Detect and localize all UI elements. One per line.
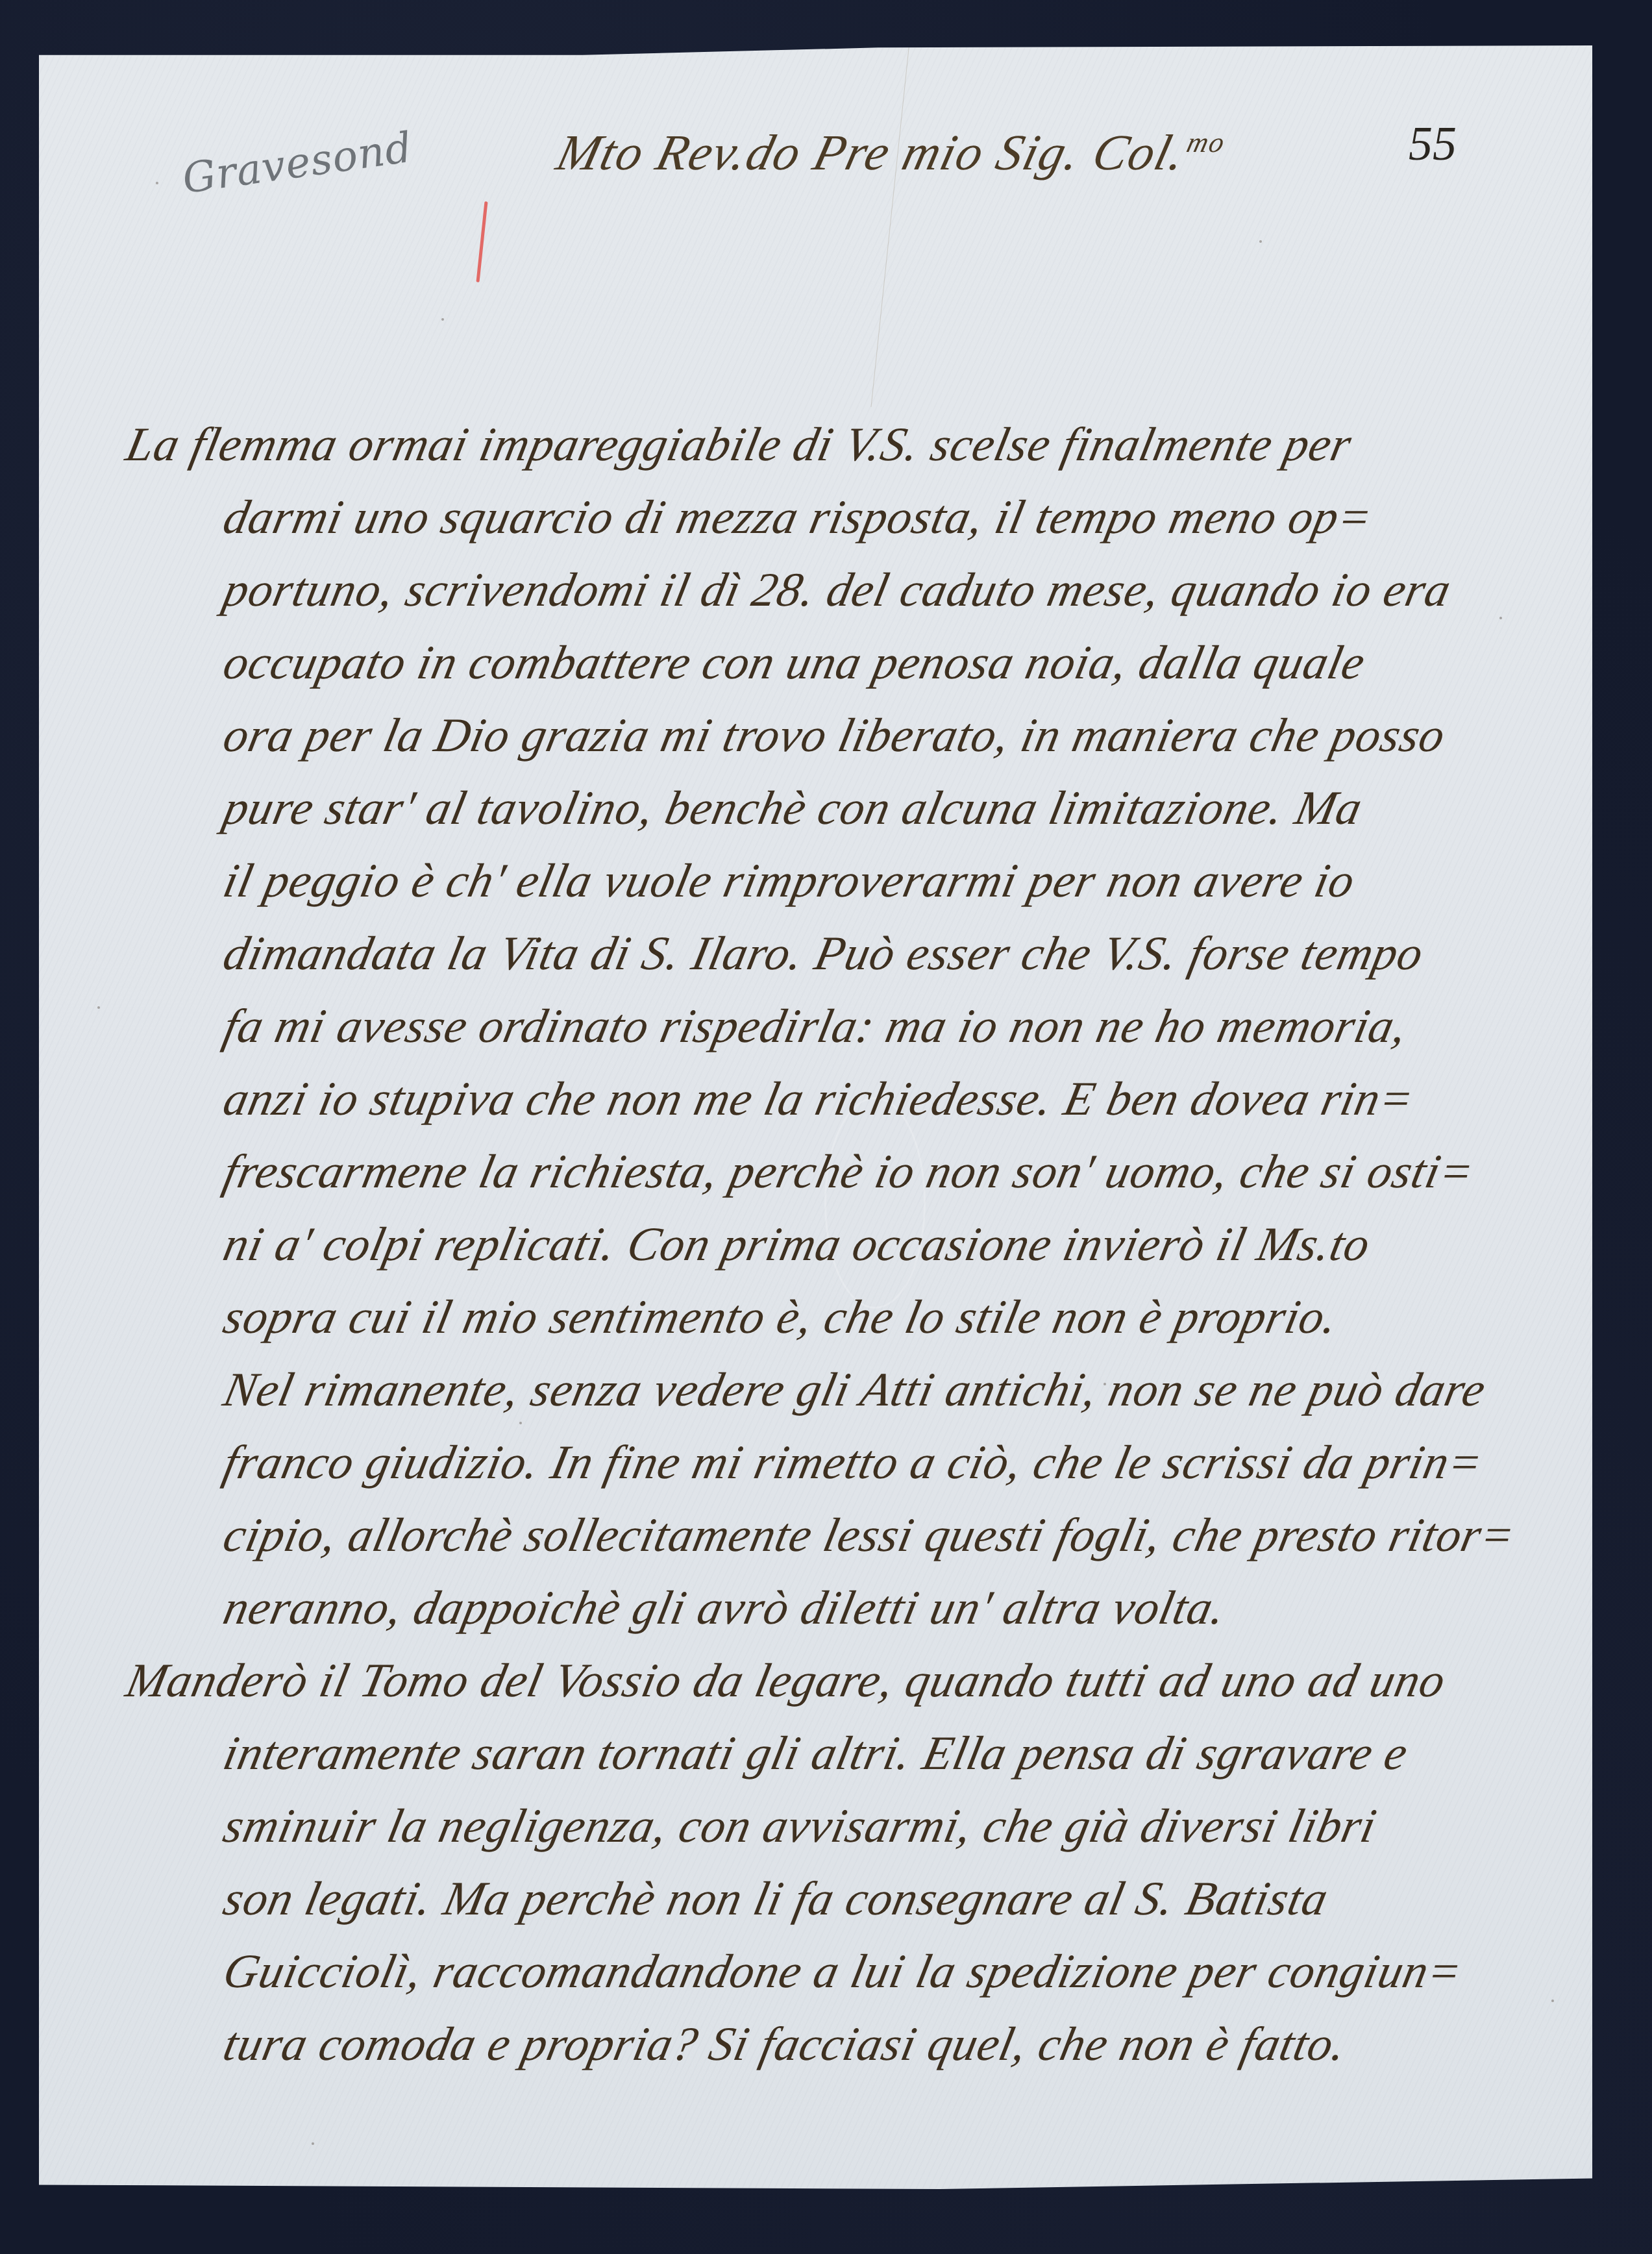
letter-line: fa mi avesse ordinato rispedirla: ma io … <box>122 978 1631 1050</box>
letter-line: pure star' al tavolino, benchè con alcun… <box>122 760 1631 832</box>
letter-line: franco giudizio. In fine mi rimetto a ci… <box>122 1414 1631 1487</box>
salutation-text: Mto Rev.do Pre mio Sig. Col. <box>551 124 1192 180</box>
letter-line: cipio, allorchè sollecitamente lessi que… <box>122 1487 1631 1559</box>
letter-line: neranno, dappoichè gli avrò diletti un' … <box>122 1559 1631 1632</box>
pencil-annotation: Gravesond <box>180 124 415 204</box>
letter-line: tura comoda e propria? Si facciasi quel,… <box>122 1996 1631 2068</box>
letter-line: ni a' colpi replicati. Con prima occasio… <box>122 1196 1631 1269</box>
letter-page: Gravesond Mto Rev.do Pre mio Sig. Col.mo… <box>39 45 1592 2189</box>
letter-line: anzi io stupiva che non me la richiedess… <box>122 1050 1631 1123</box>
letter-line: Guicciolì, raccomandandone a lui la sped… <box>122 1923 1631 1996</box>
paper-crease <box>870 45 909 407</box>
letter-line: sminuir la negligenza, con avvisarmi, ch… <box>122 1777 1631 1850</box>
folio-number: 55 <box>1409 117 1457 172</box>
letter-line: La flemma ormai impareggiabile di V.S. s… <box>122 396 1631 469</box>
red-crayon-mark <box>476 201 487 282</box>
letter-body: La flemma ormai impareggiabile di V.S. s… <box>130 396 1623 2068</box>
letter-line: Nel rimanente, senza vedere gli Atti ant… <box>122 1341 1631 1414</box>
letter-line: portuno, scrivendomi il dì 28. del cadut… <box>122 541 1631 614</box>
salutation-superscript: mo <box>1184 127 1229 158</box>
letter-line: son legati. Ma perchè non li fa consegna… <box>122 1850 1631 1923</box>
letter-line: interamente saran tornati gli altri. Ell… <box>122 1705 1631 1777</box>
letter-line: sopra cui il mio sentimento è, che lo st… <box>122 1269 1631 1341</box>
salutation-header: Mto Rev.do Pre mio Sig. Col.mo <box>551 123 1230 182</box>
letter-line: il peggio è ch' ella vuole rimproverarmi… <box>122 832 1631 905</box>
letter-line: ora per la Dio grazia mi trovo liberato,… <box>122 687 1631 760</box>
letter-line: frescarmene la richiesta, perchè io non … <box>122 1123 1631 1196</box>
letter-line: Manderò il Tomo del Vossio da legare, qu… <box>122 1632 1631 1705</box>
letter-line: dimandata la Vita di S. Ilaro. Può esser… <box>122 905 1631 978</box>
letter-line: occupato in combattere con una penosa no… <box>122 614 1631 687</box>
letter-line: darmi uno squarcio di mezza risposta, il… <box>122 469 1631 541</box>
